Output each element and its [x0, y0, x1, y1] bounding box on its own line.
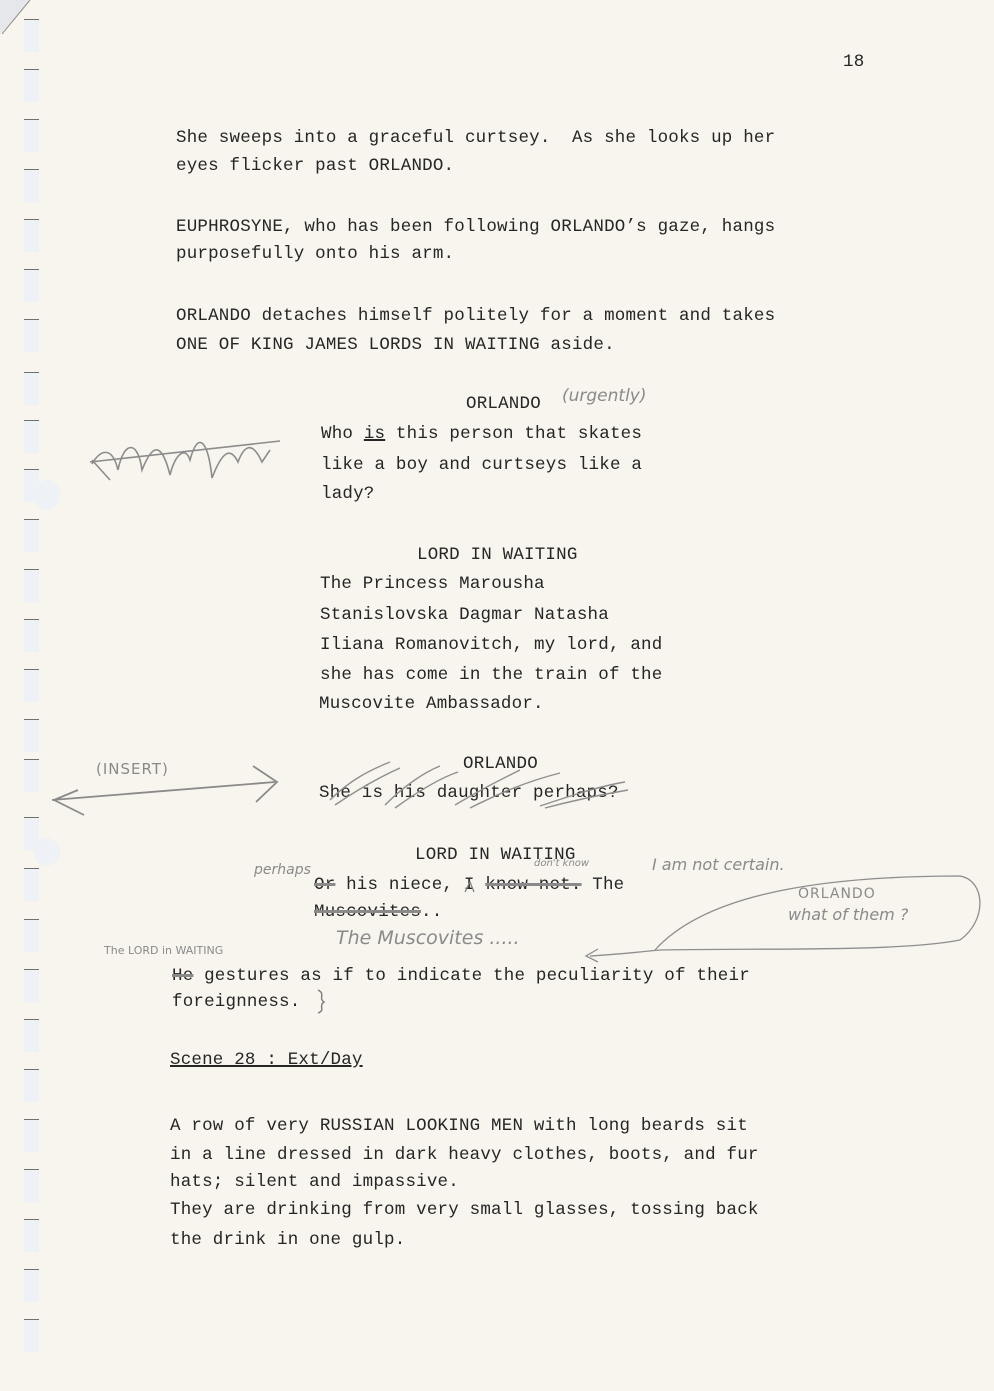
punch-hole — [24, 1019, 39, 1052]
struck-text: Muscovites — [314, 902, 421, 922]
punch-hole — [24, 719, 39, 752]
scene-heading: Scene 28 : Ext/Day — [170, 1046, 363, 1074]
handwritten-note-orlando: ORLANDO — [798, 886, 876, 902]
ring-hole — [34, 838, 60, 866]
handwritten-note-muscovites: The Muscovites ..... — [336, 927, 520, 949]
dialogue-line: Muscovite Ambassador. — [319, 690, 544, 718]
action-line: They are drinking from very small glasse… — [170, 1196, 759, 1224]
handwritten-note-what-of-them: what of them ? — [788, 905, 908, 924]
punch-hole — [24, 969, 39, 1002]
action-line: purposefully onto his arm. — [176, 240, 454, 268]
punch-hole — [24, 1319, 39, 1352]
punch-hole — [24, 1169, 39, 1202]
struck-text: Or — [314, 875, 335, 895]
punch-hole — [24, 169, 39, 202]
page-number: 18 — [843, 48, 864, 76]
punch-hole — [24, 1269, 39, 1302]
character-name: LORD IN WAITING — [417, 541, 578, 569]
dialogue-line: The Princess Marousha — [320, 570, 545, 598]
punch-hole — [24, 868, 39, 901]
action-line: the drink in one gulp. — [170, 1226, 405, 1254]
dialogue-text: this person that skates — [385, 424, 642, 444]
action-line: He gestures as if to indicate the peculi… — [172, 962, 750, 990]
punch-hole — [24, 619, 39, 652]
struck-text: He — [172, 966, 193, 986]
punch-hole — [24, 1219, 39, 1252]
action-line: eyes flicker past ORLANDO. — [176, 152, 454, 180]
punch-hole — [24, 372, 39, 405]
character-name: ORLANDO — [463, 750, 538, 778]
punch-hole — [24, 759, 39, 792]
dialogue-line: Stanislovska Dagmar Natasha — [320, 601, 609, 629]
action-line: EUPHROSYNE, who has been following ORLAN… — [176, 213, 775, 241]
ring-hole — [34, 480, 60, 510]
punch-hole — [24, 319, 39, 352]
handwritten-note-insert: (INSERT) — [96, 760, 169, 778]
script-page: 18 She sweeps into a graceful curtsey. A… — [0, 0, 994, 1391]
punch-hole — [24, 69, 39, 102]
punch-hole — [24, 519, 39, 552]
dialogue-line: lady? — [321, 480, 375, 508]
action-line: A row of very RUSSIAN LOOKING MEN with l… — [170, 1112, 748, 1140]
handwritten-note-dont-know: don't know — [534, 858, 589, 869]
punch-hole — [24, 669, 39, 702]
punch-hole — [24, 919, 39, 952]
action-line: ONE OF KING JAMES LORDS IN WAITING aside… — [176, 331, 615, 359]
punch-hole — [24, 19, 39, 52]
character-name: ORLANDO — [466, 390, 541, 418]
punch-hole — [24, 119, 39, 152]
struck-text: know not. — [485, 875, 581, 895]
punch-hole — [24, 420, 39, 453]
dialogue-line: Iliana Romanovitch, my lord, and — [320, 631, 662, 659]
dialogue-text: Who — [321, 424, 364, 444]
dialogue-line: Or his niece, I know not. The — [314, 871, 624, 899]
emphasis-text: is — [364, 424, 385, 444]
scribble-deletion-icon — [90, 441, 280, 480]
handwritten-note-not-certain: I am not certain. — [652, 855, 785, 874]
punch-hole — [24, 269, 39, 302]
speech-bubble-arrow-icon — [586, 876, 980, 962]
dialogue-text: The — [582, 875, 625, 895]
handwritten-note-perhaps: perhaps — [254, 862, 311, 878]
punch-hole — [24, 569, 39, 602]
dialogue-line: She is his daughter perhaps? — [319, 779, 619, 807]
action-line: hats; silent and impassive. — [170, 1168, 459, 1196]
dialogue-line: like a boy and curtseys like a — [321, 451, 642, 479]
dialogue-line: Muscovites.. — [314, 898, 442, 926]
action-line: ORLANDO detaches himself politely for a … — [176, 302, 775, 330]
punch-hole — [24, 219, 39, 252]
handwritten-note-lord: The LORD in WAITING — [104, 944, 223, 957]
action-line: foreignness. — [172, 988, 300, 1016]
punch-hole — [24, 1069, 39, 1102]
dialogue-line: Who is this person that skates — [321, 420, 642, 448]
action-line: She sweeps into a graceful curtsey. As s… — [176, 124, 775, 152]
bracket-icon — [318, 990, 324, 1013]
handwritten-note-urgently: (urgently) — [562, 386, 647, 406]
dialogue-text: .. — [421, 902, 442, 922]
action-line: in a line dressed in dark heavy clothes,… — [170, 1141, 759, 1169]
punch-hole — [24, 1119, 39, 1152]
action-text: gestures as if to indicate the peculiari… — [193, 966, 750, 986]
dialogue-text: his niece, I — [335, 875, 485, 895]
dialogue-line: she has come in the train of the — [320, 661, 662, 689]
